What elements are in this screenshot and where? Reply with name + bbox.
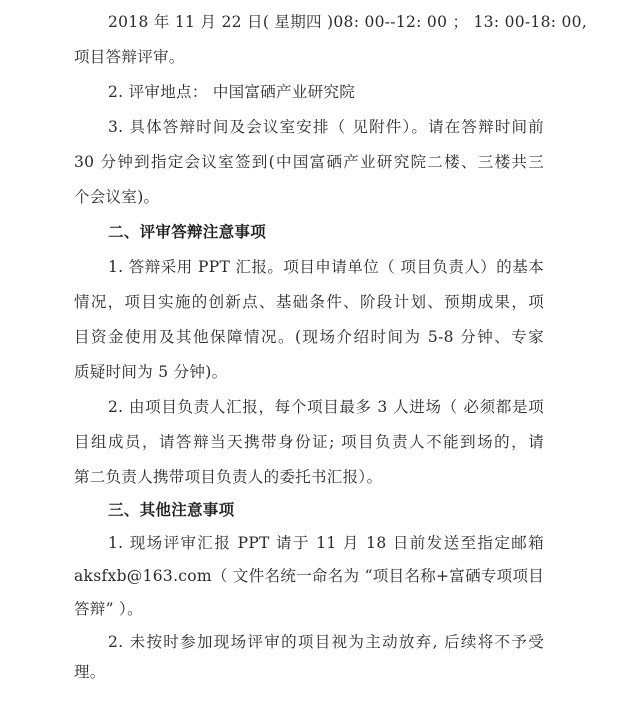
document-page: 2018 年 11 月 22 日( 星期四 )08: 00--12: 00 ； … bbox=[0, 0, 619, 718]
schedule-date-line: 2018 年 11 月 22 日( 星期四 )08: 00--12: 00 ； … bbox=[108, 12, 544, 32]
item3-line3: 个会议室)。 bbox=[74, 187, 544, 207]
s3-item1-line3: 答辩” ）。 bbox=[74, 599, 544, 619]
section3-heading: 三、其他注意事项 bbox=[108, 500, 578, 520]
s3-item2-line2: 理。 bbox=[74, 662, 544, 682]
review-location: 2. 评审地点： 中国富硒产业研究院 bbox=[108, 82, 578, 102]
s2-item2-line1: 2. 由项目负责人汇报，每个项目最多 3 人进场（ 必须都是项 bbox=[108, 397, 544, 417]
s2-item2-line2: 目组成员，请答辩当天携带身份证; 项目负责人不能到场的，请 bbox=[74, 432, 544, 452]
s3-item1-line1: 1. 现场评审汇报 PPT 请于 11 月 18 日前发送至指定邮箱 bbox=[108, 533, 544, 553]
s2-item1-line4: 质疑时间为 5 分钟)。 bbox=[74, 362, 544, 382]
s2-item1-line1: 1. 答辩采用 PPT 汇报。项目申请单位（ 项目负责人）的基本 bbox=[108, 257, 544, 277]
s2-item2-line3: 第二负责人携带项目负责人的委托书汇报）。 bbox=[74, 467, 544, 487]
s2-item1-line3: 目资金使用及其他保障情况。(现场介绍时间为 5-8 分钟、专家 bbox=[74, 327, 544, 347]
item3-line2: 30 分钟到指定会议室签到(中国富硒产业研究院二楼、三楼共三 bbox=[74, 152, 544, 172]
item3-line1: 3. 具体答辩时间及会议室安排（ 见附件）。请在答辩时间前 bbox=[108, 117, 544, 137]
schedule-date-line-cont: 项目答辩评审。 bbox=[74, 47, 544, 67]
s2-item1-line2: 情况，项目实施的创新点、基础条件、阶段计划、预期成果，项 bbox=[74, 292, 544, 312]
section2-heading: 二、评审答辩注意事项 bbox=[108, 222, 578, 242]
s3-item1-line2: aksfxb@163.com（ 文件名统一命名为 “项目名称+富硒专项项目 bbox=[74, 566, 544, 586]
s3-item2-line1: 2. 未按时参加现场评审的项目视为主动放弃, 后续将不予受 bbox=[108, 632, 544, 652]
